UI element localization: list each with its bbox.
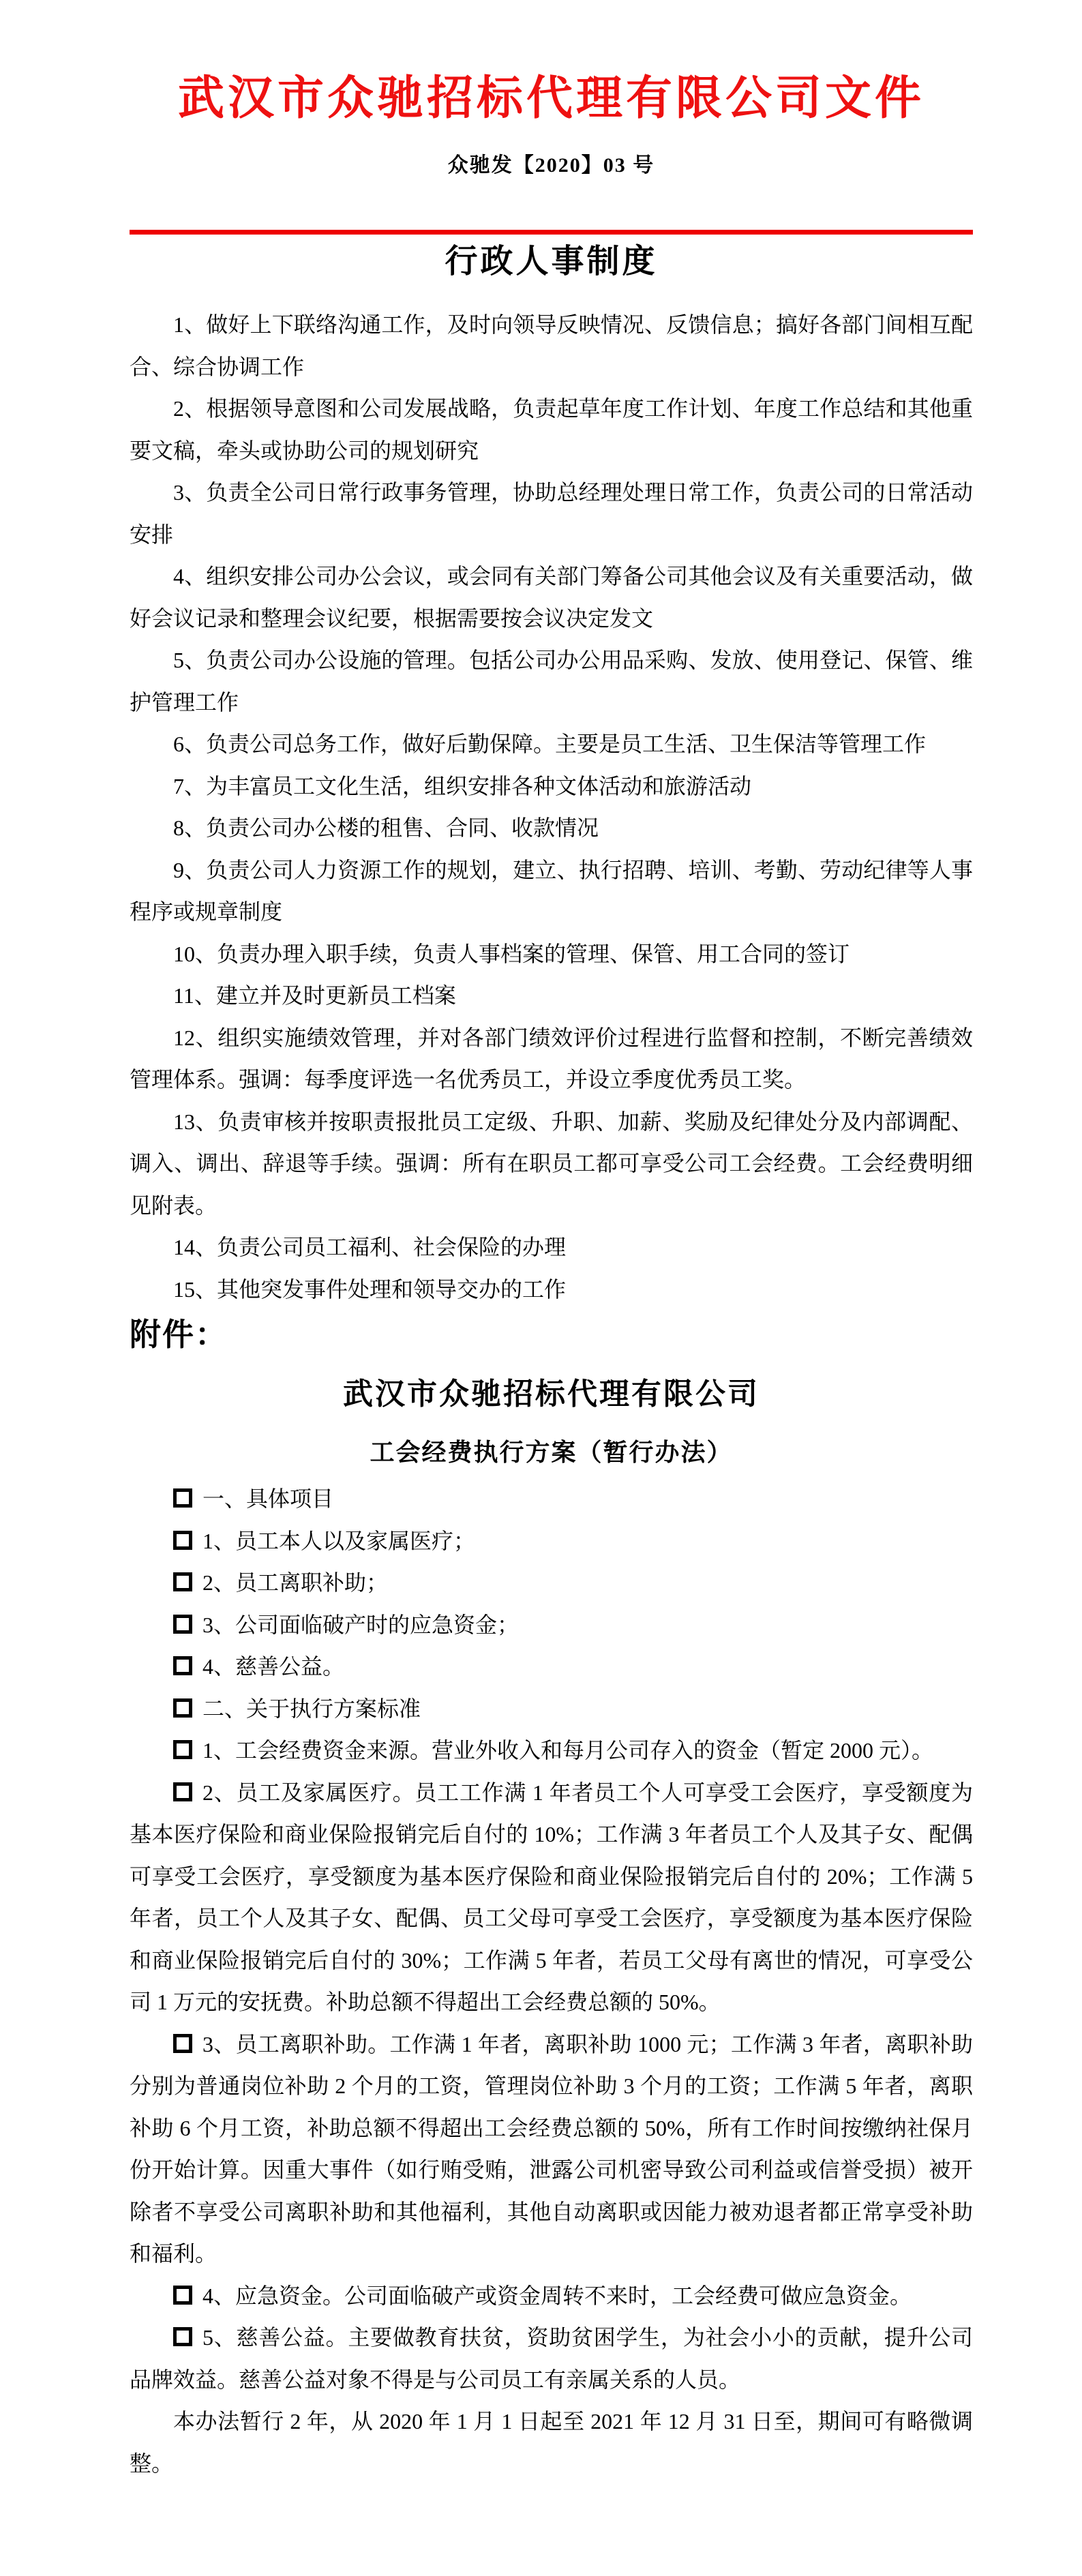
body-paragraph: 12、组织实施绩效管理，并对各部门绩效评价过程进行监督和控制，不断完善绩效管理体… <box>130 1017 973 1101</box>
checkbox-icon[interactable] <box>173 1531 192 1550</box>
attachment-plan-title: 工会经费执行方案（暂行办法） <box>130 1439 973 1466</box>
checkbox-list-item: 4、慈善公益。 <box>130 1646 973 1688</box>
checkbox-icon[interactable] <box>173 1740 192 1759</box>
checkbox-list-item: 二、关于执行方案标准 <box>130 1688 973 1731</box>
checkbox-icon[interactable] <box>173 1782 192 1801</box>
checkbox-list-item: 一、具体项目 <box>130 1478 973 1521</box>
checkbox-list-item: 2、员工及家属医疗。员工工作满 1 年者员工个人可享受工会医疗，享受额度为基本医… <box>130 1772 973 2024</box>
body-paragraph: 2、根据领导意图和公司发展战略，负责起草年度工作计划、年度工作总结和其他重要文稿… <box>130 388 973 472</box>
checkbox-item-text: 二、关于执行方案标准 <box>202 1696 421 1721</box>
checkbox-item-text: 3、公司面临破产时的应急资金； <box>202 1613 519 1637</box>
body-paragraph: 4、组织安排公司办公会议，或会同有关部门筹备公司其他会议及有关重要活动，做好会议… <box>130 556 973 640</box>
checkbox-list-item: 3、员工离职补助。工作满 1 年者，离职补助 1000 元；工作满 3 年者，离… <box>130 2024 973 2275</box>
checkbox-item-text: 2、员工及家属医疗。员工工作满 1 年者员工个人可享受工会医疗，享受额度为基本医… <box>130 1780 973 2015</box>
body-paragraph: 7、为丰富员工文化生活，组织安排各种文体活动和旅游活动 <box>130 766 973 808</box>
body-paragraph: 14、负责公司员工福利、社会保险的办理 <box>130 1227 973 1269</box>
checkbox-item-list: 一、具体项目 1、员工本人以及家属医疗； 2、员工离职补助； 3、公司面临破产时… <box>130 1478 973 2401</box>
checkbox-item-text: 2、员工离职补助； <box>202 1570 388 1595</box>
body-paragraph-list: 1、做好上下联络沟通工作，及时向领导反映情况、反馈信息；搞好各部门间相互配合、综… <box>130 304 973 1311</box>
attachment-company-title: 武汉市众驰招标代理有限公司 <box>130 1377 973 1411</box>
checkbox-list-item: 4、应急资金。公司面临破产或资金周转不来时，工会经费可做应急资金。 <box>130 2275 973 2318</box>
checkbox-icon[interactable] <box>173 1698 192 1718</box>
checkbox-icon[interactable] <box>173 2286 192 2305</box>
checkbox-list-item: 5、慈善公益。主要做教育扶贫，资助贫困学生，为社会小小的贡献，提升公司品牌效益。… <box>130 2317 973 2401</box>
body-paragraph: 5、负责公司办公设施的管理。包括公司办公用品采购、发放、使用登记、保管、维护管理… <box>130 640 973 723</box>
checkbox-list-item: 1、员工本人以及家属医疗； <box>130 1521 973 1563</box>
body-paragraph: 1、做好上下联络沟通工作，及时向领导反映情况、反馈信息；搞好各部门间相互配合、综… <box>130 304 973 388</box>
closing-paragraph: 本办法暂行 2 年，从 2020 年 1 月 1 日起至 2021 年 12 月… <box>130 2401 973 2485</box>
red-divider-line <box>130 230 973 235</box>
checkbox-item-text: 4、慈善公益。 <box>202 1654 344 1679</box>
checkbox-list-item: 3、公司面临破产时的应急资金； <box>130 1604 973 1647</box>
body-paragraph: 6、负责公司总务工作，做好后勤保障。主要是员工生活、卫生保洁等管理工作 <box>130 723 973 766</box>
body-paragraph: 10、负责办理入职手续，负责人事档案的管理、保管、用工合同的签订 <box>130 933 973 976</box>
section-heading: 行政人事制度 <box>130 244 973 280</box>
checkbox-item-text: 4、应急资金。公司面临破产或资金周转不来时，工会经费可做应急资金。 <box>202 2283 912 2308</box>
checkbox-icon[interactable] <box>173 1615 192 1634</box>
body-paragraph: 8、负责公司办公楼的租售、合同、收款情况 <box>130 807 973 850</box>
checkbox-list-item: 1、工会经费资金来源。营业外收入和每月公司存入的资金（暂定 2000 元）。 <box>130 1730 973 1772</box>
checkbox-icon[interactable] <box>173 2327 192 2346</box>
checkbox-icon[interactable] <box>173 2034 192 2053</box>
document-page: 武汉市众驰招标代理有限公司文件 众驰发【2020】03 号 行政人事制度 1、做… <box>0 0 1082 2576</box>
attachment-label: 附件： <box>130 1311 973 1360</box>
checkbox-list-item: 2、员工离职补助； <box>130 1562 973 1604</box>
document-number: 众驰发【2020】03 号 <box>130 153 973 178</box>
checkbox-icon[interactable] <box>173 1488 192 1508</box>
checkbox-icon[interactable] <box>173 1572 192 1591</box>
checkbox-item-text: 1、员工本人以及家属医疗； <box>202 1529 475 1553</box>
body-paragraph: 15、其他突发事件处理和领导交办的工作 <box>130 1269 973 1311</box>
checkbox-item-text: 5、慈善公益。主要做教育扶贫，资助贫困学生，为社会小小的贡献，提升公司品牌效益。… <box>130 2325 973 2392</box>
body-paragraph: 13、负责审核并按职责报批员工定级、升职、加薪、奖励及纪律处分及内部调配、调入、… <box>130 1101 973 1227</box>
document-title: 武汉市众驰招标代理有限公司文件 <box>130 72 973 125</box>
checkbox-item-text: 1、工会经费资金来源。营业外收入和每月公司存入的资金（暂定 2000 元）。 <box>202 1738 933 1763</box>
checkbox-item-text: 3、员工离职补助。工作满 1 年者，离职补助 1000 元；工作满 3 年者，离… <box>130 2032 973 2266</box>
body-paragraph: 3、负责全公司日常行政事务管理，协助总经理处理日常工作，负责公司的日常活动安排 <box>130 472 973 556</box>
checkbox-icon[interactable] <box>173 1656 192 1675</box>
body-paragraph: 9、负责公司人力资源工作的规划，建立、执行招聘、培训、考勤、劳动纪律等人事程序或… <box>130 850 973 933</box>
body-paragraph: 11、建立并及时更新员工档案 <box>130 975 973 1017</box>
checkbox-item-text: 一、具体项目 <box>202 1486 333 1511</box>
